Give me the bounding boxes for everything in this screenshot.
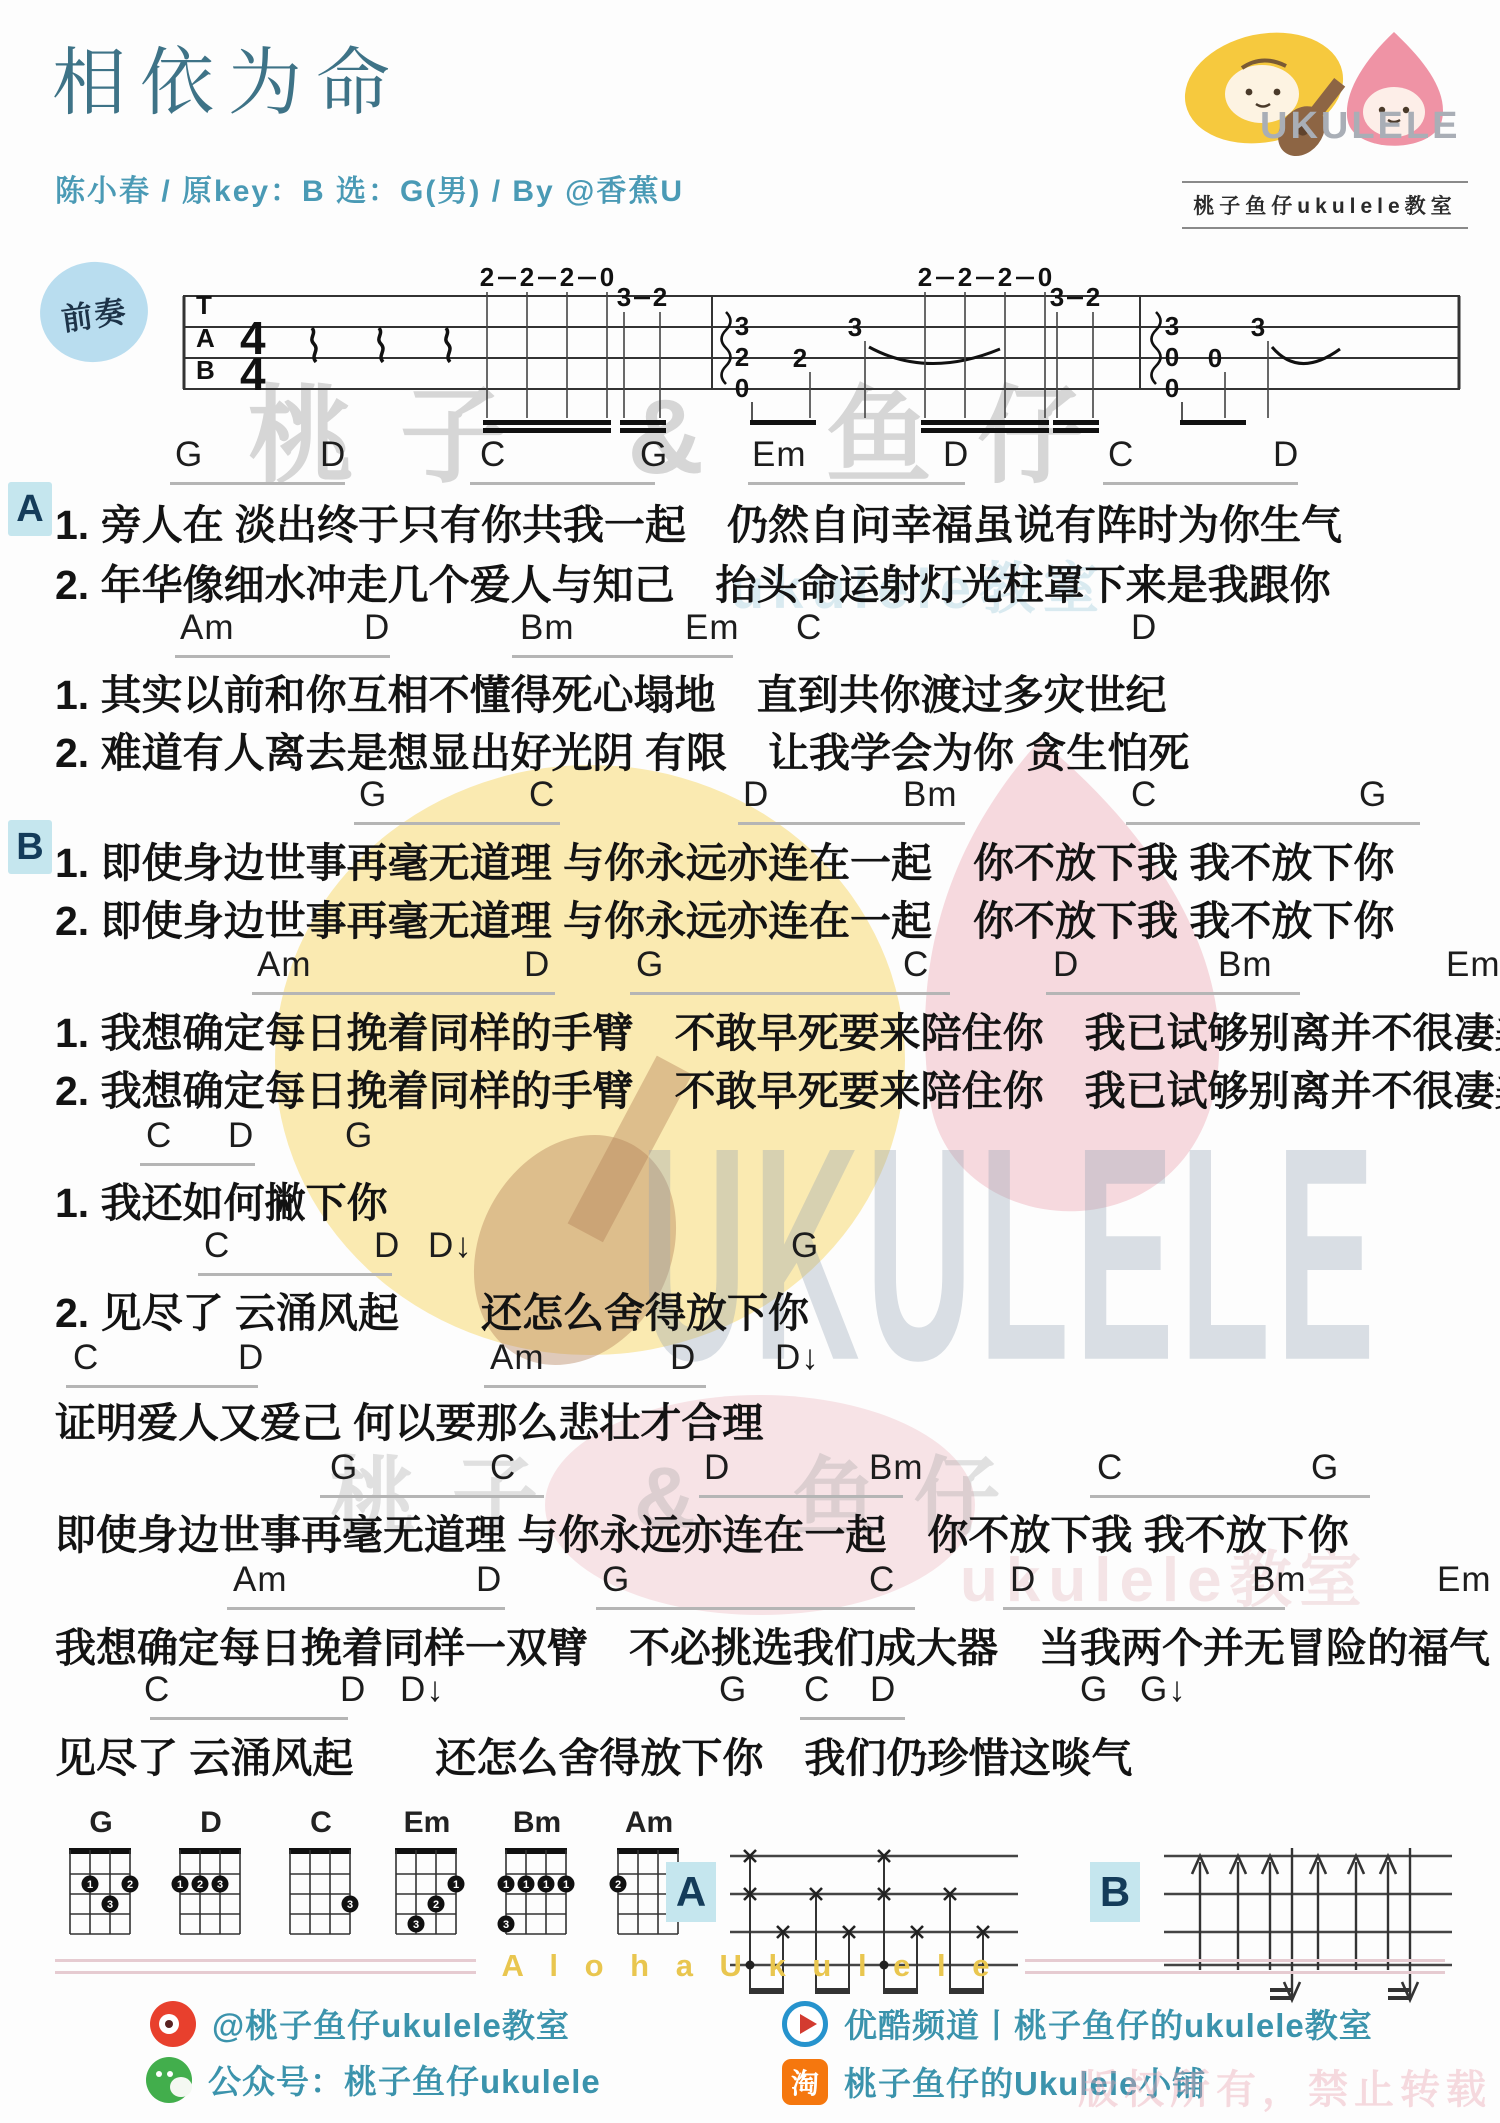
svg-text:1: 1 [87,1879,93,1891]
svg-text:2: 2 [653,282,667,312]
svg-text:2: 2 [560,262,574,292]
svg-text:1: 1 [563,1879,569,1891]
strum-pattern-A [726,1840,1026,2015]
chord-diagram-name: C [278,1806,364,1840]
chord-label: C [804,1670,830,1710]
chord-diagram-G: G123 [58,1806,144,1945]
svg-text:2: 2 [520,262,534,292]
lyric-line: 2. 我想确定每日挽着同样的手臂 不敢早死要来陪住你 我已试够别离并不很凄美 [55,1058,1500,1117]
chord-label: Am [257,945,312,985]
chord-label: D [340,1670,366,1710]
svg-text:3: 3 [848,312,862,342]
chord-underline [512,655,733,658]
chord-underline [748,482,965,485]
chord-label: Am [180,608,235,648]
chord-label: G [1311,1448,1339,1488]
svg-text:2: 2 [735,342,749,372]
youku-icon [782,2001,828,2047]
svg-text:2: 2 [197,1879,203,1891]
footer-divider: A l o h a U k u l e l e [55,1948,1445,1984]
chord-underline [1046,992,1300,995]
chord-underline [1103,482,1298,485]
chord-diagram-Em: Em123 [384,1806,470,1945]
chord-label: G [1359,775,1387,815]
chord-grid: 123 [384,1840,470,1940]
logo-brand-text: UKULELE [1260,105,1460,147]
chord-label: Am [233,1560,288,1600]
chord-label: Em [1437,1560,1492,1600]
chord-label: G [330,1448,358,1488]
weibo-icon [150,2001,196,2047]
divider-line-right [1025,1959,1446,1974]
svg-text:1: 1 [177,1879,183,1891]
chord-label: G [719,1670,747,1710]
chord-label: D [238,1338,264,1378]
chord-label: G [175,435,203,475]
svg-text:3: 3 [735,311,749,341]
chord-underline [227,1607,505,1610]
chord-label: G [1080,1670,1108,1710]
svg-text:2: 2 [1086,282,1100,312]
svg-text:3: 3 [617,282,631,312]
chord-diagram-Bm: Bm11113 [494,1806,580,1945]
svg-text:2: 2 [998,262,1012,292]
brand-logo: UKULELE 桃子鱼仔ukulele教室 [1182,20,1482,229]
chord-label: D [374,1226,400,1266]
chord-label: C [204,1226,230,1266]
chord-underline [354,822,560,825]
chord-label: Bm [869,1448,924,1488]
svg-text:0: 0 [1165,342,1179,372]
chord-label: D [743,775,769,815]
social-link-youku: 优酷频道丨桃子鱼仔的ukulele教室 [782,2000,1373,2047]
svg-text:3: 3 [217,1879,223,1891]
chord-underline [150,1717,348,1720]
chord-label: D [1131,608,1157,648]
chord-grid: 11113 [494,1840,580,1940]
chord-label: D↓ [400,1670,445,1710]
chord-label: C [1131,775,1157,815]
chord-label: C [796,608,822,648]
chord-diagram-D: D123 [168,1806,254,1945]
svg-text:1: 1 [523,1879,529,1891]
svg-text:3: 3 [503,1919,509,1931]
wechat-icon [146,2057,192,2103]
chord-label: C [1097,1448,1123,1488]
chord-label: D [524,945,550,985]
chord-underline [1126,822,1420,825]
svg-text:2: 2 [615,1879,621,1891]
chord-label: Bm [520,608,575,648]
chord-underline [630,992,950,995]
chord-grid: 123 [168,1840,254,1940]
chord-label: G [791,1226,819,1266]
taobao-icon: 淘 [782,2059,828,2105]
lyric-line: 2. 即使身边世事再毫无道理 与你永远亦连在一起 你不放下我 我不放下你 [55,888,1394,947]
section-badge-A: A [8,482,52,536]
social-link-text: 公众号：桃子鱼仔ukulele [208,2056,601,2103]
chord-label: D [364,608,390,648]
chord-underline [699,1495,903,1498]
chord-label: D↓ [428,1226,473,1266]
lyric-line: 证明爱人又爱己 何以要那么悲壮才合理 [55,1390,763,1449]
chord-label: G↓ [1140,1670,1187,1710]
chord-label: D [670,1338,696,1378]
svg-text:B: B [196,355,215,385]
chord-label: G [345,1116,373,1156]
chord-label: Am [490,1338,545,1378]
chord-sheet-page: 桃子 & 鱼仔 ukulele教室 UKULELE 桃子 & 鱼仔 ukulel… [0,0,1500,2123]
svg-text:0: 0 [600,262,614,292]
logo-illustration: UKULELE [1182,20,1478,172]
social-link-weibo: @桃子鱼仔ukulele教室 [150,2000,570,2047]
chord-diagram-name: D [168,1806,254,1840]
chord-diagram-name: Em [384,1806,470,1840]
social-link-taobao: 淘桃子鱼仔的Ukulele小铺 [782,2058,1206,2105]
svg-text:2: 2 [480,262,494,292]
lyric-line: 即使身边世事再毫无道理 与你永远亦连在一起 你不放下我 我不放下你 [55,1502,1349,1561]
song-meta: 陈小春 / 原key：B 选：G(男) / By @香蕉U [55,166,684,210]
svg-text:2: 2 [958,262,972,292]
strum-pattern-badge-A: A [666,1862,716,1922]
chord-label: G [640,435,668,475]
chord-underline [66,1385,258,1388]
chord-diagram-C: C3 [278,1806,364,1945]
chord-label: C [869,1560,895,1600]
chord-underline [1003,1607,1285,1610]
strum-pattern-B [1160,1840,1460,2015]
svg-text:2: 2 [918,262,932,292]
page-title: 相依为命 [52,24,404,130]
lyric-line: 2. 见尽了 云涌风起 还怎么舍得放下你 [55,1280,809,1339]
lyric-line: 2. 难道有人离去是想显出好光阴 有限 让我学会为你 贪生怕死 [55,720,1189,779]
chord-label: G [636,945,664,985]
chord-underline [800,1717,905,1720]
social-link-text: @桃子鱼仔ukulele教室 [212,2000,570,2047]
logo-school-name: 桃子鱼仔ukulele教室 [1182,181,1468,229]
chord-label: Em [1446,945,1500,985]
chord-label: Em [752,435,807,475]
divider-line-left [55,1959,476,1974]
chord-underline [140,1163,255,1166]
chord-label: D [1010,1560,1036,1600]
svg-text:T: T [196,290,212,320]
svg-text:1: 1 [543,1879,549,1891]
chord-label: G [602,1560,630,1600]
chord-label: D [1053,945,1079,985]
chord-label: G [359,775,387,815]
chord-label: Em [685,608,740,648]
svg-text:3: 3 [107,1899,113,1911]
lyric-line: 1. 旁人在 淡出终于只有你共我一起 仍然自问幸福虽说有阵时为你生气 [55,492,1342,551]
svg-text:3: 3 [1165,311,1179,341]
chord-label: D [870,1670,896,1710]
chord-label: C [146,1116,172,1156]
svg-text:3: 3 [413,1919,419,1931]
chord-underline [470,482,655,485]
chord-underline [175,655,390,658]
chord-label: D↓ [775,1338,820,1378]
chord-grid: 3 [278,1840,364,1940]
chord-label: Bm [903,775,958,815]
svg-text:1: 1 [453,1879,459,1891]
chord-label: C [903,945,929,985]
svg-text:2: 2 [433,1899,439,1911]
chord-underline [484,1385,706,1388]
chord-label: Bm [1218,945,1273,985]
chord-label: Bm [1252,1560,1307,1600]
chord-underline [1090,1495,1370,1498]
lyric-line: 1. 即使身边世事再毫无道理 与你永远亦连在一起 你不放下我 我不放下你 [55,830,1394,889]
chord-label: D [704,1448,730,1488]
lyric-line: 1. 其实以前和你互相不懂得死心塌地 直到共你渡过多灾世纪 [55,662,1167,721]
svg-text:3: 3 [1050,282,1064,312]
chord-underline [252,992,555,995]
tab-notation: TAB442220323202322203230003 [0,250,1500,530]
lyric-line: 1. 我还如何撇下你 [55,1170,388,1229]
chord-underline [198,1273,392,1276]
chord-label: D [1273,435,1299,475]
chord-label: D [228,1116,254,1156]
chord-diagram-name: Bm [494,1806,580,1840]
lyric-line: 1. 我想确定每日挽着同样的手臂 不敢早死要来陪住你 我已试够别离并不很凄美 [55,1000,1500,1059]
svg-text:0: 0 [735,373,749,403]
svg-text:3: 3 [1251,312,1265,342]
svg-text:2: 2 [127,1879,133,1891]
chord-underline [596,1607,915,1610]
svg-text:4: 4 [240,348,266,400]
svg-text:1: 1 [503,1879,509,1891]
social-link-text: 桃子鱼仔的Ukulele小铺 [844,2058,1206,2105]
chord-label: C [144,1670,170,1710]
svg-text:0: 0 [1165,373,1179,403]
lyric-line: 我想确定每日挽着同样一双臂 不必挑选我们成大器 当我两个并无冒险的福气 [55,1615,1490,1674]
chord-label: C [480,435,506,475]
svg-text:0: 0 [1208,343,1222,373]
chord-diagram-name: G [58,1806,144,1840]
chord-label: C [490,1448,516,1488]
lyric-line: 见尽了 云涌风起 还怎么舍得放下你 我们仍珍惜这啖气 [55,1725,1132,1784]
lyric-line: 2. 年华像细水冲走几个爱人与知己 抬头命运射灯光柱罩下来是我跟你 [55,552,1331,611]
chord-underline [170,482,345,485]
chord-label: D [476,1560,502,1600]
strum-pattern-badge-B: B [1090,1862,1140,1922]
svg-text:A: A [196,323,215,353]
chord-label: C [73,1338,99,1378]
svg-text:3: 3 [347,1899,353,1911]
chord-grid: 123 [58,1840,144,1940]
chord-label: D [320,435,346,475]
divider-text: A l o h a U k u l e l e [502,1948,999,1984]
chord-label: D [943,435,969,475]
chord-label: C [529,775,555,815]
social-link-wechat: 公众号：桃子鱼仔ukulele [146,2056,601,2103]
chord-label: C [1108,435,1134,475]
chord-underline [320,1495,544,1498]
social-link-text: 优酷频道丨桃子鱼仔的ukulele教室 [844,2000,1373,2047]
chord-underline [738,822,965,825]
section-badge-B: B [8,820,52,874]
svg-text:2: 2 [793,343,807,373]
chord-diagram-name: Am [606,1806,692,1840]
